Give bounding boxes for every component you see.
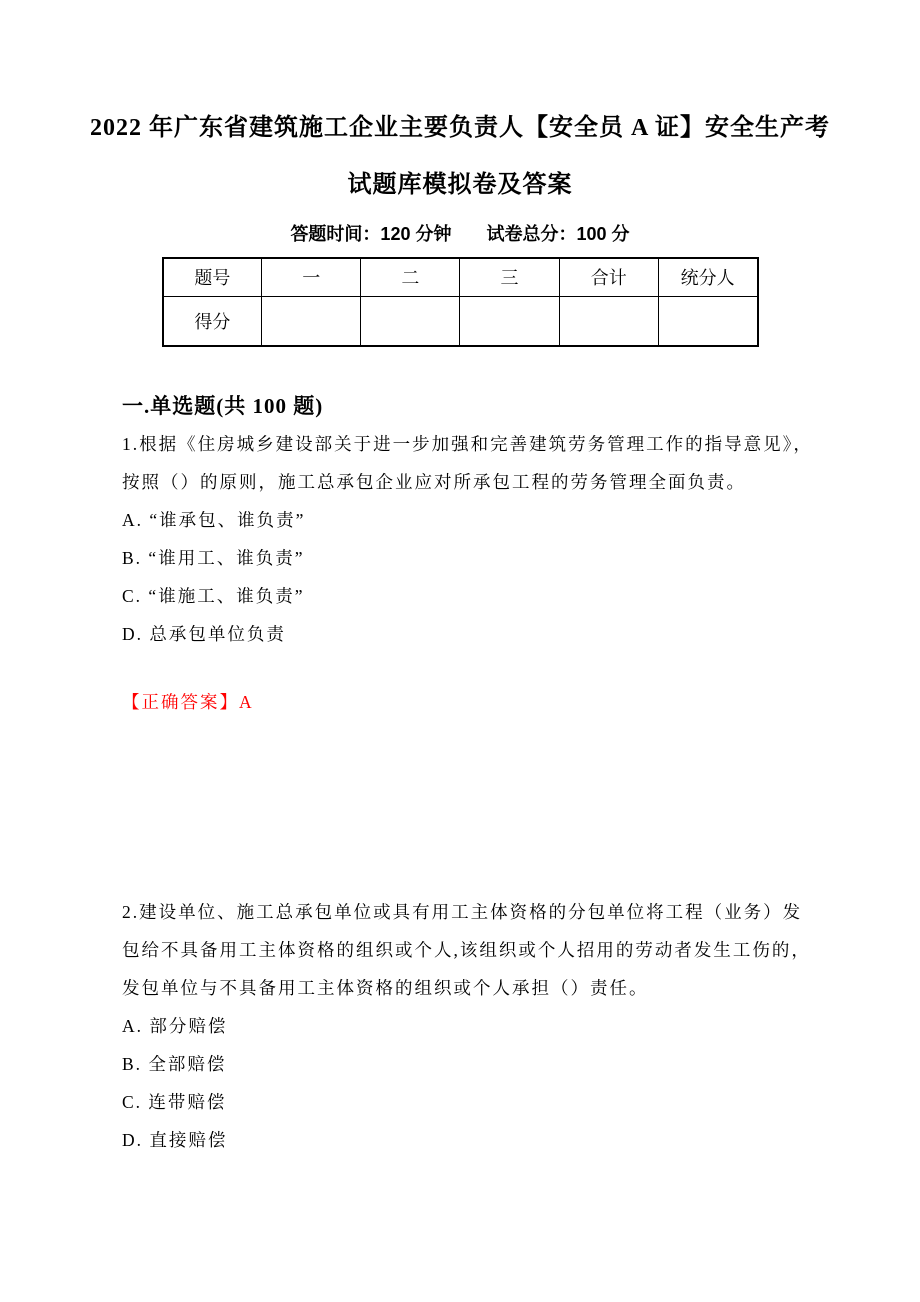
question-2-option-b: B. 全部赔偿: [122, 1045, 817, 1083]
question-2-text: 2.建设单位、施工总承包单位或具有用工主体资格的分包单位将工程（业务）发包给不具…: [122, 893, 817, 1007]
question-2-option-d: D. 直接赔偿: [122, 1121, 817, 1159]
score-cell-total: [559, 296, 658, 346]
score-table-header-question-no: 题号: [163, 258, 262, 296]
question-2: 2.建设单位、施工总承包单位或具有用工主体资格的分包单位将工程（业务）发包给不具…: [122, 893, 817, 1159]
question-2-option-a: A. 部分赔偿: [122, 1007, 817, 1045]
section-heading-single-choice: 一.单选题(共 100 题): [122, 387, 920, 425]
question-1-option-a: A. “谁承包、谁负责”: [122, 501, 817, 539]
score-cell-part-2: [361, 296, 460, 346]
score-table-header-scorer: 统分人: [658, 258, 757, 296]
score-table-header-total: 合计: [559, 258, 658, 296]
correct-answer-value: A: [239, 692, 254, 712]
score-cell-part-3: [460, 296, 559, 346]
exam-total-score: 试卷总分：100 分: [487, 224, 630, 244]
page-title-line-2: 试题库模拟卷及答案: [0, 157, 920, 214]
score-table-header-row: 题号 一 二 三 合计 统分人: [163, 258, 758, 296]
document-page: 2022 年广东省建筑施工企业主要负责人【安全员 A 证】安全生产考 试题库模拟…: [0, 0, 920, 1302]
question-1-answer: 【正确答案】A: [122, 683, 920, 721]
score-table-header-part-3: 三: [460, 258, 559, 296]
page-title-line-1: 2022 年广东省建筑施工企业主要负责人【安全员 A 证】安全生产考: [0, 100, 920, 157]
score-row-label: 得分: [163, 296, 262, 346]
question-2-option-c: C. 连带赔偿: [122, 1083, 817, 1121]
question-1-option-d: D. 总承包单位负责: [122, 615, 817, 653]
question-1-option-c: C. “谁施工、谁负责”: [122, 577, 817, 615]
score-table-header-part-2: 二: [361, 258, 460, 296]
question-1-option-b: B. “谁用工、谁负责”: [122, 539, 817, 577]
exam-meta: 答题时间：120 分钟 试卷总分：100 分: [0, 223, 920, 245]
score-cell-scorer: [658, 296, 757, 346]
score-table: 题号 一 二 三 合计 统分人 得分: [162, 257, 759, 347]
question-1: 1.根据《住房城乡建设部关于进一步加强和完善建筑劳务管理工作的指导意见》，按照（…: [122, 425, 817, 653]
exam-time-limit: 答题时间：120 分钟: [290, 224, 451, 244]
score-cell-part-1: [262, 296, 361, 346]
question-1-text: 1.根据《住房城乡建设部关于进一步加强和完善建筑劳务管理工作的指导意见》，按照（…: [122, 425, 817, 501]
score-table-score-row: 得分: [163, 296, 758, 346]
correct-answer-label: 【正确答案】: [122, 692, 239, 712]
score-table-header-part-1: 一: [262, 258, 361, 296]
exam-document: 2022 年广东省建筑施工企业主要负责人【安全员 A 证】安全生产考 试题库模拟…: [0, 0, 920, 1159]
